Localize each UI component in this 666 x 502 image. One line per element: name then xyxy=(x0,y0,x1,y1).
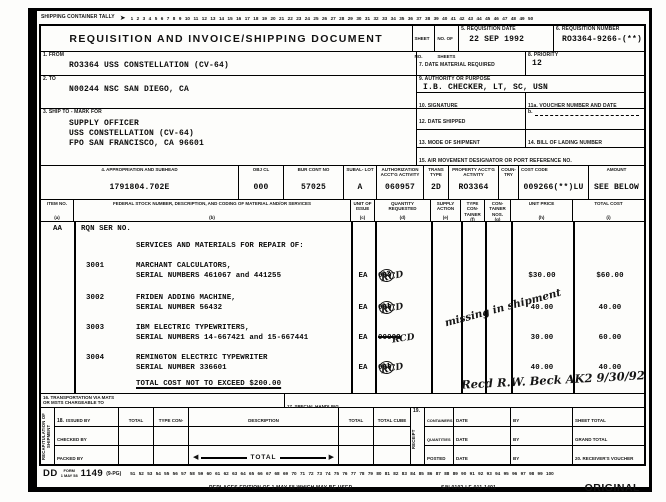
left-arrow-icon: ◀ xyxy=(193,454,198,461)
authorization-acctg-label: AUTHORIZATION ACCT'G ACTIVITY xyxy=(379,167,421,178)
transportation-cell: 16. TRANSPORTATION VIA MATS OR MSTS CHAR… xyxy=(41,394,285,407)
total-cost-header: TOTAL COST (i) xyxy=(573,200,644,221)
tally-numbers-top: 1 2 3 4 5 6 7 8 9 10 11 12 13 14 15 16 1… xyxy=(131,16,644,21)
handwritten-rcd: RCD xyxy=(391,332,415,345)
table-row: 3001 MARCHANT CALCULATORS, SERIAL NUMBER… xyxy=(41,262,644,284)
type-container-cell: TYPE CON- TAINER xyxy=(154,408,188,427)
blank-cell xyxy=(339,446,373,464)
packed-by-label: PACKED BY xyxy=(57,456,83,461)
total-arrow-cell: ◀ TOTAL ▶ xyxy=(189,446,338,464)
accounting-row: 4. APPROPRIATION AND SUBHEAD 1791804.702… xyxy=(41,166,644,200)
from-label: 1. FROM xyxy=(43,53,414,59)
appropriation-label: 4. APPROPRIATION AND SUBHEAD xyxy=(101,167,177,172)
priority-cell: 8. PRIORITY 12 xyxy=(526,52,644,75)
air-movement-cell: 15. AIR MOVEMENT DESIGNATOR OR PORT REFE… xyxy=(417,148,644,168)
item-no-header-letter: (a) xyxy=(54,215,60,220)
issued-by-cell: 18.ISSUED BY xyxy=(55,408,118,427)
blank-cell xyxy=(339,427,373,446)
scanned-dd1149-form: SHIPPING CONTAINER TALLY ➤ 1 2 3 4 5 6 7… xyxy=(0,0,666,502)
receiver-voucher-label: 20. RECEIVER'S VOUCHER NO. xyxy=(575,456,633,464)
property-acctg-label: PROPERTY ACCT'G ACTIVITY xyxy=(451,167,496,178)
item-unit-price: 40.00 xyxy=(511,364,573,372)
item-desc-line1: FRIDEN ADDING MACHINE, xyxy=(136,294,236,302)
authority-signature-block: 9. AUTHORITY OR PURPOSE I.B. CHECKER, LT… xyxy=(417,76,644,108)
form-number-row: DD FORM 1 MAY 58 1149 (9-PG) 51 52 53 54… xyxy=(39,466,646,480)
total-weight-column: TOTAL WEIGHT xyxy=(339,408,374,464)
supply-action-header-label: SUPPLY ACTION xyxy=(433,201,458,212)
item-unit: EA xyxy=(351,364,375,372)
blank-cell xyxy=(154,446,188,464)
requisition-date-cell: 5. REQUISITION DATE 22 SEP 1992 xyxy=(459,26,554,51)
bur-cont-no-value: 57025 xyxy=(301,183,326,192)
unit-price-header-label: UNIT PRICE xyxy=(529,201,555,206)
appropriation-value: 1791804.702E xyxy=(109,183,169,192)
bottom-line: REPLACES EDITION OF 1 MAY 58 WHICH MAY B… xyxy=(39,480,646,495)
total-arrow-line: ◀ TOTAL ▶ xyxy=(193,454,334,461)
air-movement-label: 15. AIR MOVEMENT DESIGNATOR OR PORT REFE… xyxy=(419,158,572,164)
obj-cl-label: OBJ CL xyxy=(253,167,270,172)
bur-cont-no-label: BUR CONT NO xyxy=(298,167,330,172)
requisition-date-value: 22 SEP 1992 xyxy=(469,35,551,44)
total-weight-label: TOTAL WEIGHT xyxy=(347,418,365,427)
services-intro: SERVICES AND MATERIALS FOR REPAIR OF: xyxy=(136,242,304,250)
by-cell: BY xyxy=(511,408,572,427)
transportation-label2: OR MSTS CHARGEABLE TO xyxy=(43,400,282,405)
no-of-sheets-cell: NO. OF SHEETS xyxy=(435,26,459,51)
date-material-required-label: 7. DATE MATERIAL REQUIRED xyxy=(419,62,495,68)
form-number: 1149 xyxy=(81,468,104,479)
blank-cell xyxy=(189,427,338,446)
description-label: DESCRIPTION xyxy=(248,418,279,423)
mode-of-shipment-cell: 13. MODE OF SHIPMENT xyxy=(417,130,526,147)
item-total-cost: 40.00 xyxy=(573,304,647,312)
type-container-header: TYPE CON- TAINER (f) xyxy=(461,200,485,221)
item-unit: EA xyxy=(351,334,375,342)
item-desc-line2: SERIAL NUMBER 336601 xyxy=(136,364,227,372)
subal-lot-value: A xyxy=(357,183,362,192)
from-row: 1. FROM RO3364 USS CONSTELLATION (CV-64)… xyxy=(41,52,644,76)
blank-cell xyxy=(119,427,153,446)
tally-label: SHIPPING CONTAINER TALLY xyxy=(41,15,115,21)
mode-of-shipment-label: 13. MODE OF SHIPMENT xyxy=(419,140,480,146)
item-desc-line2: SERIAL NUMBERS 14-667421 and 15-667441 xyxy=(136,334,308,342)
bur-cont-no-cell: BUR CONT NO 57025 xyxy=(284,166,344,199)
containers-received-label: CONTAINERS RECEIVED EXCEPT AS NOTED xyxy=(427,418,452,427)
unit-issue-header-letter: (c) xyxy=(360,215,366,220)
amount-value: SEE BELOW xyxy=(594,183,639,192)
item-table-header: ITEM NO. (a) FEDERAL STOCK NUMBER, DESCR… xyxy=(41,200,644,222)
original-label: ORIGINAL xyxy=(585,482,640,494)
by-label: BY xyxy=(513,437,519,442)
description-column: DESCRIPTION ◀ TOTAL ▶ xyxy=(189,408,339,464)
received-column: CONTAINERS RECEIVED EXCEPT AS NOTED QUAN… xyxy=(425,408,454,464)
unit-price-header: UNIT PRICE (h) xyxy=(511,200,573,221)
shipment-block: 12. DATE SHIPPED b. 13. MODE OF SHIPMENT… xyxy=(417,109,644,165)
dashed-rule xyxy=(535,115,639,116)
trans-type-value: 2D xyxy=(431,183,441,192)
item-quantity: 00001RCD xyxy=(378,364,404,374)
quantities-received-label: QUANTITIES RECEIVED EXCEPT AS NOTED xyxy=(427,437,451,446)
receiver-voucher-cell: 20. RECEIVER'S VOUCHER NO. xyxy=(573,446,644,464)
air-movement-row: 15. AIR MOVEMENT DESIGNATOR OR PORT REFE… xyxy=(417,148,644,168)
country-label: COUN- TRY xyxy=(501,167,516,178)
form-body: REQUISITION AND INVOICE/SHIPPING DOCUMEN… xyxy=(39,24,646,466)
quantity-header: QUANTITY REQUESTED (d) xyxy=(375,200,431,221)
trans-type-cell: TRANS TYPE 2D xyxy=(424,166,449,199)
posted-cell: POSTED xyxy=(425,446,453,464)
amount-label: AMOUNT xyxy=(607,167,627,172)
date-shipped-cell: 12. DATE SHIPPED xyxy=(417,109,526,129)
to-value: N00244 NSC SAN DIEGO, CA xyxy=(69,85,414,94)
item-quantity: 00002RCD xyxy=(378,272,404,282)
posted-label: POSTED xyxy=(427,456,446,461)
quantities-received-cell: QUANTITIES RECEIVED EXCEPT AS NOTED xyxy=(425,427,453,446)
ship-to-line: USS CONSTELLATION (CV-64) xyxy=(69,129,414,138)
item-number: 3001 xyxy=(86,262,104,270)
totals-column: SHEET TOTAL GRAND TOTAL 20. RECEIVER'S V… xyxy=(573,408,644,464)
packed-by-cell: PACKED BY xyxy=(55,446,118,464)
authority-row: 9. AUTHORITY OR PURPOSE I.B. CHECKER, LT… xyxy=(417,76,644,93)
supply-action-header-letter: (e) xyxy=(443,215,449,220)
grand-total-label: GRAND TOTAL xyxy=(575,437,607,442)
description-header-label: FEDERAL STOCK NUMBER, DESCRIPTION, AND C… xyxy=(113,201,311,206)
container-nos-header: CON- TAINER NOS. (g) xyxy=(485,200,511,221)
item-number: 3003 xyxy=(86,324,104,332)
by-cell: BY xyxy=(511,446,572,464)
issued-by-column: 18.ISSUED BY CHECKED BY PACKED BY xyxy=(55,408,119,464)
item-unit-price: 30.00 xyxy=(511,334,573,342)
authority-value: I.B. CHECKER, LT, SC, USN xyxy=(423,83,642,92)
requisition-number-cell: 6. REQUISITION NUMBER RO3364-9266-(**) xyxy=(554,26,644,51)
authority-cell: 9. AUTHORITY OR PURPOSE I.B. CHECKER, LT… xyxy=(417,76,644,92)
mode-lading-row: 13. MODE OF SHIPMENT 14. BILL OF LADING … xyxy=(417,130,644,148)
dd-label: DD xyxy=(43,468,58,479)
containers-received-cell: CONTAINERS RECEIVED EXCEPT AS NOTED xyxy=(425,408,453,427)
shipping-container-tally: SHIPPING CONTAINER TALLY ➤ 1 2 3 4 5 6 7… xyxy=(39,12,646,24)
special-handling-cell: 17. SPECIAL HANDLING xyxy=(285,394,644,407)
item-quantity: 00001RCD xyxy=(378,304,404,314)
date-cell: DATE xyxy=(454,446,510,464)
item-desc-line1: IBM ELECTRIC TYPEWRITERS, xyxy=(136,324,249,332)
blank-cell xyxy=(374,446,410,464)
authorization-acctg-value: 060957 xyxy=(385,183,415,192)
container-nos-header-label: CON- TAINER NOS. xyxy=(487,201,508,217)
item-number: 3002 xyxy=(86,294,104,302)
cost-code-cell: COST CODE 009266(**)LU xyxy=(519,166,589,199)
supply-action-header: SUPPLY ACTION (e) xyxy=(431,200,461,221)
obj-cl-cell: OBJ CL 000 xyxy=(239,166,284,199)
total-containers-label: TOTAL CONTAINERS xyxy=(121,418,150,427)
tally-arrow-icon: ➤ xyxy=(120,15,126,22)
total-cube-label: TOTAL CUBE xyxy=(378,418,407,423)
recapitulation-grid: RECAPITULATION OF SHIPMENT 18.ISSUED BY … xyxy=(41,408,644,464)
date-shipped-row: 12. DATE SHIPPED b. xyxy=(417,109,644,130)
blank-cell xyxy=(119,446,153,464)
stock-number: S/N 0102-LF-011-1491 xyxy=(441,485,496,491)
ship-to-row: 3. SHIP TO - MARK FOR SUPPLY OFFICER USS… xyxy=(41,109,644,166)
total-cost-header-label: TOTAL COST xyxy=(594,201,622,206)
by-cell: BY xyxy=(511,427,572,446)
item-desc-line1: REMINGTON ELECTRIC TYPEWRITER xyxy=(136,354,268,362)
cost-code-label: COST CODE xyxy=(521,167,548,172)
item-no-header-label: ITEM NO. xyxy=(47,201,67,206)
form-date: 1 MAY 58 xyxy=(61,474,78,478)
property-acctg-value: RO3364 xyxy=(458,183,488,192)
grand-total-cell: GRAND TOTAL xyxy=(573,427,644,446)
type-container-header-label: TYPE CON- TAINER xyxy=(463,201,482,217)
country-cell: COUN- TRY xyxy=(499,166,519,199)
ship-to-label: 3. SHIP TO - MARK FOR xyxy=(43,110,414,116)
requisition-number-value: RO3364-9266-(**) xyxy=(562,35,642,44)
blank-cell xyxy=(154,427,188,446)
date-label: DATE xyxy=(456,418,468,423)
to-cell: 2. TO N00244 NSC SAN DIEGO, CA xyxy=(41,76,417,108)
total-label: TOTAL xyxy=(250,454,276,461)
date-material-required-cell: 7. DATE MATERIAL REQUIRED xyxy=(417,52,526,75)
from-value: RO3364 USS CONSTELLATION (CV-64) xyxy=(69,61,414,70)
unit-price-header-letter: (h) xyxy=(539,215,545,220)
date-shipped-label: 12. DATE SHIPPED xyxy=(419,119,466,125)
item-desc-line2: SERIAL NUMBERS 461067 and 441255 xyxy=(136,272,281,280)
form-frame: SHIPPING CONTAINER TALLY ➤ 1 2 3 4 5 6 7… xyxy=(28,8,652,492)
blank-cell xyxy=(374,427,410,446)
date-cell: DATE xyxy=(454,408,510,427)
from-cell: 1. FROM RO3364 USS CONSTELLATION (CV-64) xyxy=(41,52,417,75)
ship-to-line: FPO SAN FRANCISCO, CA 96601 xyxy=(69,139,414,148)
right-arrow-icon: ▶ xyxy=(329,454,334,461)
unit-issue-header-label: UNIT OF ISSUE xyxy=(353,201,372,212)
quantity-header-label: QUANTITY REQUESTED xyxy=(377,201,428,212)
unit-issue-header: UNIT OF ISSUE (c) xyxy=(351,200,375,221)
issued-by-label: ISSUED BY xyxy=(66,418,90,423)
voucher-b-cell: b. xyxy=(526,109,644,129)
subal-lot-label: SUBAL- LOT xyxy=(346,167,373,172)
rqn-item-code: AA xyxy=(41,225,74,233)
amount-cell: AMOUNT SEE BELOW xyxy=(589,166,644,199)
table-row: 3003 IBM ELECTRIC TYPEWRITERS, SERIAL NU… xyxy=(41,324,644,346)
description-header-letter: (b) xyxy=(209,215,215,220)
total-cost-header-letter: (i) xyxy=(606,215,610,220)
rule-line xyxy=(201,457,247,459)
date-label: DATE xyxy=(456,437,468,442)
date-cell: DATE xyxy=(454,427,510,446)
form-title: REQUISITION AND INVOICE/SHIPPING DOCUMEN… xyxy=(69,33,383,45)
by-column: BY BY BY xyxy=(511,408,573,464)
bill-of-lading-cell: 14. BILL OF LADING NUMBER xyxy=(526,130,644,147)
receipt-side-label: RECEIPT xyxy=(411,414,424,464)
tally-numbers-bottom: 51 52 53 54 55 56 57 58 59 60 61 62 63 6… xyxy=(130,471,644,476)
date-label: DATE xyxy=(456,456,468,461)
total-cost-note: TOTAL COST NOT TO EXCEED $200.00 xyxy=(136,380,281,388)
authorization-acctg-cell: AUTHORIZATION ACCT'G ACTIVITY 060957 xyxy=(377,166,424,199)
subal-lot-cell: SUBAL- LOT A xyxy=(344,166,377,199)
item-unit: EA xyxy=(351,272,375,280)
total-containers-column: TOTAL CONTAINERS xyxy=(119,408,154,464)
ship-to-line: SUPPLY OFFICER xyxy=(69,119,414,128)
recap-side-cell: RECAPITULATION OF SHIPMENT xyxy=(41,408,55,464)
services-intro-row: SERVICES AND MATERIALS FOR REPAIR OF: xyxy=(41,242,644,264)
type-container-column: TYPE CON- TAINER xyxy=(154,408,189,464)
rqn-ser-no-label: RQN SER NO. xyxy=(81,225,131,233)
by-label: BY xyxy=(513,456,519,461)
item-total-cost: $60.00 xyxy=(573,272,647,280)
item-number: 3004 xyxy=(86,354,104,362)
form-suffix: (9-PG) xyxy=(106,471,121,477)
appropriation-cell: 4. APPROPRIATION AND SUBHEAD 1791804.702… xyxy=(41,166,239,199)
checked-by-cell: CHECKED BY xyxy=(55,427,118,446)
header-row: REQUISITION AND INVOICE/SHIPPING DOCUMEN… xyxy=(41,26,644,52)
bill-of-lading-label: 14. BILL OF LADING NUMBER xyxy=(528,140,602,146)
item-unit: EA xyxy=(351,304,375,312)
sheet-total-label: SHEET TOTAL xyxy=(575,418,606,423)
rule-line xyxy=(280,457,326,459)
item-unit-price: $30.00 xyxy=(511,272,573,280)
item-table-body: AA RQN SER NO. SERVICES AND MATERIALS FO… xyxy=(41,222,644,394)
cost-code-value: 009266(**)LU xyxy=(523,183,583,192)
recap-side-label: RECAPITULATION OF SHIPMENT xyxy=(41,408,54,464)
to-row: 2. TO N00244 NSC SAN DIEGO, CA 9. AUTHOR… xyxy=(41,76,644,109)
item-total-cost: 60.00 xyxy=(573,334,647,342)
total-containers-cell: TOTAL CONTAINERS xyxy=(119,408,153,427)
voucher-b-label: b. xyxy=(528,110,533,128)
item-18-number: 18. xyxy=(57,418,64,424)
type-container-label: TYPE CON- TAINER xyxy=(159,418,184,427)
priority-value: 12 xyxy=(532,59,642,68)
quantity-header-letter: (d) xyxy=(400,215,406,220)
obj-cl-value: 000 xyxy=(253,183,268,192)
date-column: DATE DATE DATE xyxy=(454,408,511,464)
by-label: BY xyxy=(513,418,519,423)
form-title-cell: REQUISITION AND INVOICE/SHIPPING DOCUMEN… xyxy=(41,26,413,51)
ship-to-cell: 3. SHIP TO - MARK FOR SUPPLY OFFICER USS… xyxy=(41,109,417,165)
form-edition-stack: FORM 1 MAY 58 xyxy=(61,469,78,478)
trans-type-label: TRANS TYPE xyxy=(426,167,446,178)
to-label: 2. TO xyxy=(43,77,414,83)
sheet-no-cell: SHEET NO. xyxy=(413,26,436,51)
property-acctg-cell: PROPERTY ACCT'G ACTIVITY RO3364 xyxy=(449,166,499,199)
item-desc-line2: SERIAL NUMBER 56432 xyxy=(136,304,222,312)
requisition-number-label: 6. REQUISITION NUMBER xyxy=(556,27,642,33)
checked-by-label: CHECKED BY xyxy=(57,437,87,442)
receipt-side-cell: 19. RECEIPT xyxy=(411,408,425,464)
total-cube-cell: TOTAL CUBE xyxy=(374,408,410,427)
item-desc-line1: MARCHANT CALCULATORS, xyxy=(136,262,231,270)
description-cell: DESCRIPTION xyxy=(189,408,338,427)
item-no-header: ITEM NO. (a) xyxy=(41,200,74,221)
sheet-total-cell: SHEET TOTAL xyxy=(573,408,644,427)
replaces-note: REPLACES EDITION OF 1 MAY 58 WHICH MAY B… xyxy=(209,485,352,491)
transport-special-strip: 16. TRANSPORTATION VIA MATS OR MSTS CHAR… xyxy=(41,394,644,408)
total-cube-column: TOTAL CUBE xyxy=(374,408,411,464)
description-header: FEDERAL STOCK NUMBER, DESCRIPTION, AND C… xyxy=(74,200,351,221)
total-weight-cell: TOTAL WEIGHT xyxy=(339,408,373,427)
requisition-date-label: 5. REQUISITION DATE xyxy=(461,27,551,33)
